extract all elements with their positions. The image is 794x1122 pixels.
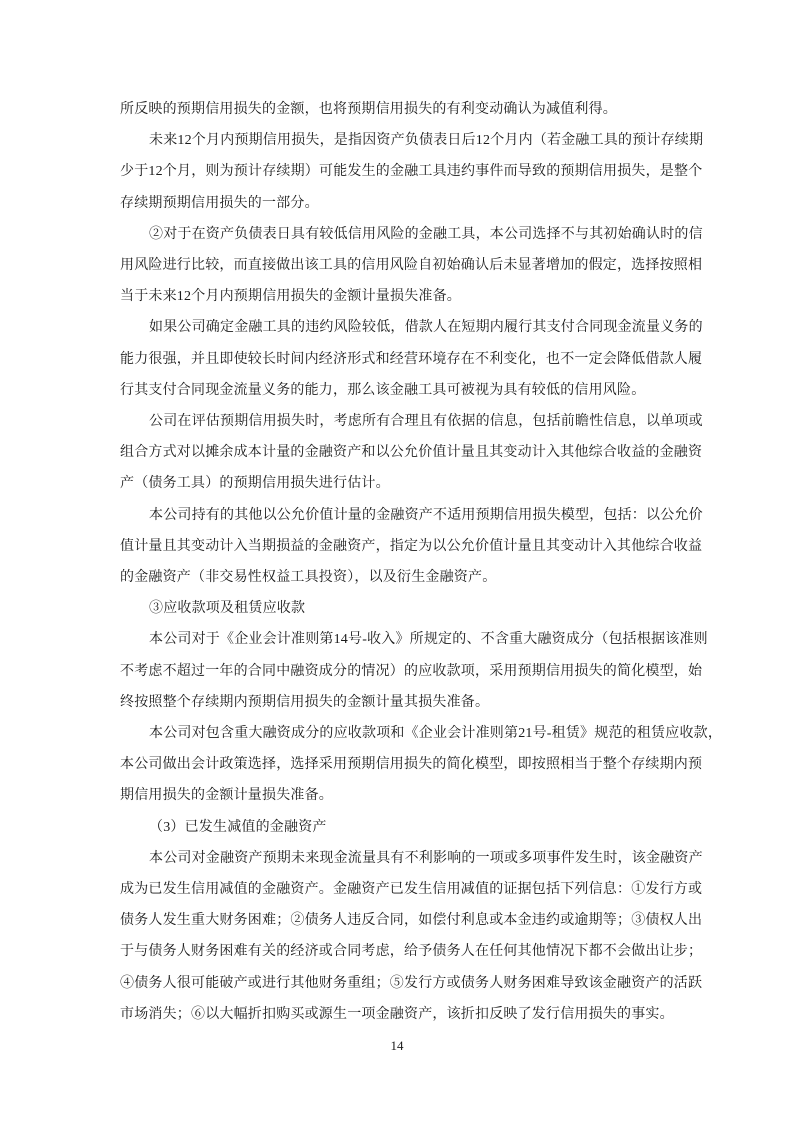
text-line: 少于12个月，则为预计存续期）可能发生的金融工具违约事件而导致的预期信用损失，是… (120, 156, 678, 187)
text-line: ②对于在资产负债表日具有较低信用风险的金融工具，本公司选择不与其初始确认时的信 (120, 219, 678, 250)
text-line: 的金融资产（非交易性权益工具投资），以及衍生金融资产。 (120, 562, 678, 593)
text-line: 未来12个月内预期信用损失，是指因资产负债表日后12个月内（若金融工具的预计存续… (120, 125, 678, 156)
text-line: 终按照整个存续期内预期信用损失的金额计量其损失准备。 (120, 687, 678, 718)
document-page: 所反映的预期信用损失的金额，也将预期信用损失的有利变动确认为减值利得。未来12个… (0, 0, 794, 1122)
text-line: 于与债务人财务困难有关的经济或合同考虑，给予债务人在任何其他情况下都不会做出让步… (120, 936, 678, 967)
text-line: 能力很强，并且即使较长时间内经济形式和经营环境存在不利变化，也不一定会降低借款人… (120, 344, 678, 375)
text-line: 组合方式对以摊余成本计量的金融资产和以公允价值计量且其变动计入其他综合收益的金融… (120, 437, 678, 468)
paragraph: 未来12个月内预期信用损失，是指因资产负债表日后12个月内（若金融工具的预计存续… (120, 125, 678, 219)
paragraph: 本公司对金融资产预期未来现金流量具有不利影响的一项或多项事件发生时，该金融资产成… (120, 843, 678, 1030)
text-line: 值计量且其变动计入当期损益的金融资产，指定为以公允价值计量且其变动计入其他综合收… (120, 531, 678, 562)
paragraph: （3）已发生减值的金融资产 (120, 812, 678, 843)
text-line: 行其支付合同现金流量义务的能力，那么该金融工具可被视为具有较低的信用风险。 (120, 375, 678, 406)
paragraph: ③应收款项及租赁应收款 (120, 593, 678, 624)
text-line: 成为已发生信用减值的金融资产。金融资产已发生信用减值的证据包括下列信息：①发行方… (120, 874, 678, 905)
text-line: 期信用损失的金额计量损失准备。 (120, 780, 678, 811)
paragraph: 如果公司确定金融工具的违约风险较低，借款人在短期内履行其支付合同现金流量义务的能… (120, 312, 678, 406)
paragraph: ②对于在资产负债表日具有较低信用风险的金融工具，本公司选择不与其初始确认时的信用… (120, 219, 678, 313)
text-line: 不考虑不超过一年的合同中融资成分的情况）的应收款项，采用预期信用损失的简化模型，… (120, 656, 678, 687)
text-line: 如果公司确定金融工具的违约风险较低，借款人在短期内履行其支付合同现金流量义务的 (120, 312, 678, 343)
text-line: 公司在评估预期信用损失时，考虑所有合理且有依据的信息，包括前瞻性信息，以单项或 (120, 406, 678, 437)
text-line: ③应收款项及租赁应收款 (120, 593, 678, 624)
text-line: 本公司对于《企业会计准则第14号-收入》所规定的、不含重大融资成分（包括根据该准… (120, 624, 678, 655)
text-line: 产（债务工具）的预期信用损失进行估计。 (120, 468, 678, 499)
text-line: 本公司持有的其他以公允价值计量的金融资产不适用预期信用损失模型，包括：以公允价 (120, 500, 678, 531)
paragraph: 所反映的预期信用损失的金额，也将预期信用损失的有利变动确认为减值利得。 (120, 94, 678, 125)
page-number: 14 (0, 1038, 794, 1054)
text-line: 债务人发生重大财务困难；②债务人违反合同，如偿付利息或本金违约或逾期等；③债权人… (120, 905, 678, 936)
text-line: 本公司做出会计政策选择，选择采用预期信用损失的简化模型，即按照相当于整个存续期内… (120, 749, 678, 780)
paragraph: 本公司对于《企业会计准则第14号-收入》所规定的、不含重大融资成分（包括根据该准… (120, 624, 678, 718)
text-line: 用风险进行比较，而直接做出该工具的信用风险自初始确认后未显著增加的假定，选择按照… (120, 250, 678, 281)
paragraph: 本公司对包含重大融资成分的应收款项和《企业会计准则第21号-租赁》规范的租赁应收… (120, 718, 678, 812)
text-line: 本公司对包含重大融资成分的应收款项和《企业会计准则第21号-租赁》规范的租赁应收… (120, 718, 678, 749)
text-line: 当于未来12个月内预期信用损失的金额计量损失准备。 (120, 281, 678, 312)
paragraph: 公司在评估预期信用损失时，考虑所有合理且有依据的信息，包括前瞻性信息，以单项或组… (120, 406, 678, 500)
paragraph: 本公司持有的其他以公允价值计量的金融资产不适用预期信用损失模型，包括：以公允价值… (120, 500, 678, 594)
text-line: 本公司对金融资产预期未来现金流量具有不利影响的一项或多项事件发生时，该金融资产 (120, 843, 678, 874)
text-line: ④债务人很可能破产或进行其他财务重组；⑤发行方或债务人财务困难导致该金融资产的活… (120, 968, 678, 999)
text-line: 市场消失；⑥以大幅折扣购买或源生一项金融资产，该折扣反映了发行信用损失的事实。 (120, 999, 678, 1030)
text-line: （3）已发生减值的金融资产 (120, 812, 678, 843)
text-line: 所反映的预期信用损失的金额，也将预期信用损失的有利变动确认为减值利得。 (120, 94, 678, 125)
text-line: 存续期预期信用损失的一部分。 (120, 188, 678, 219)
document-body: 所反映的预期信用损失的金额，也将预期信用损失的有利变动确认为减值利得。未来12个… (120, 94, 678, 1030)
